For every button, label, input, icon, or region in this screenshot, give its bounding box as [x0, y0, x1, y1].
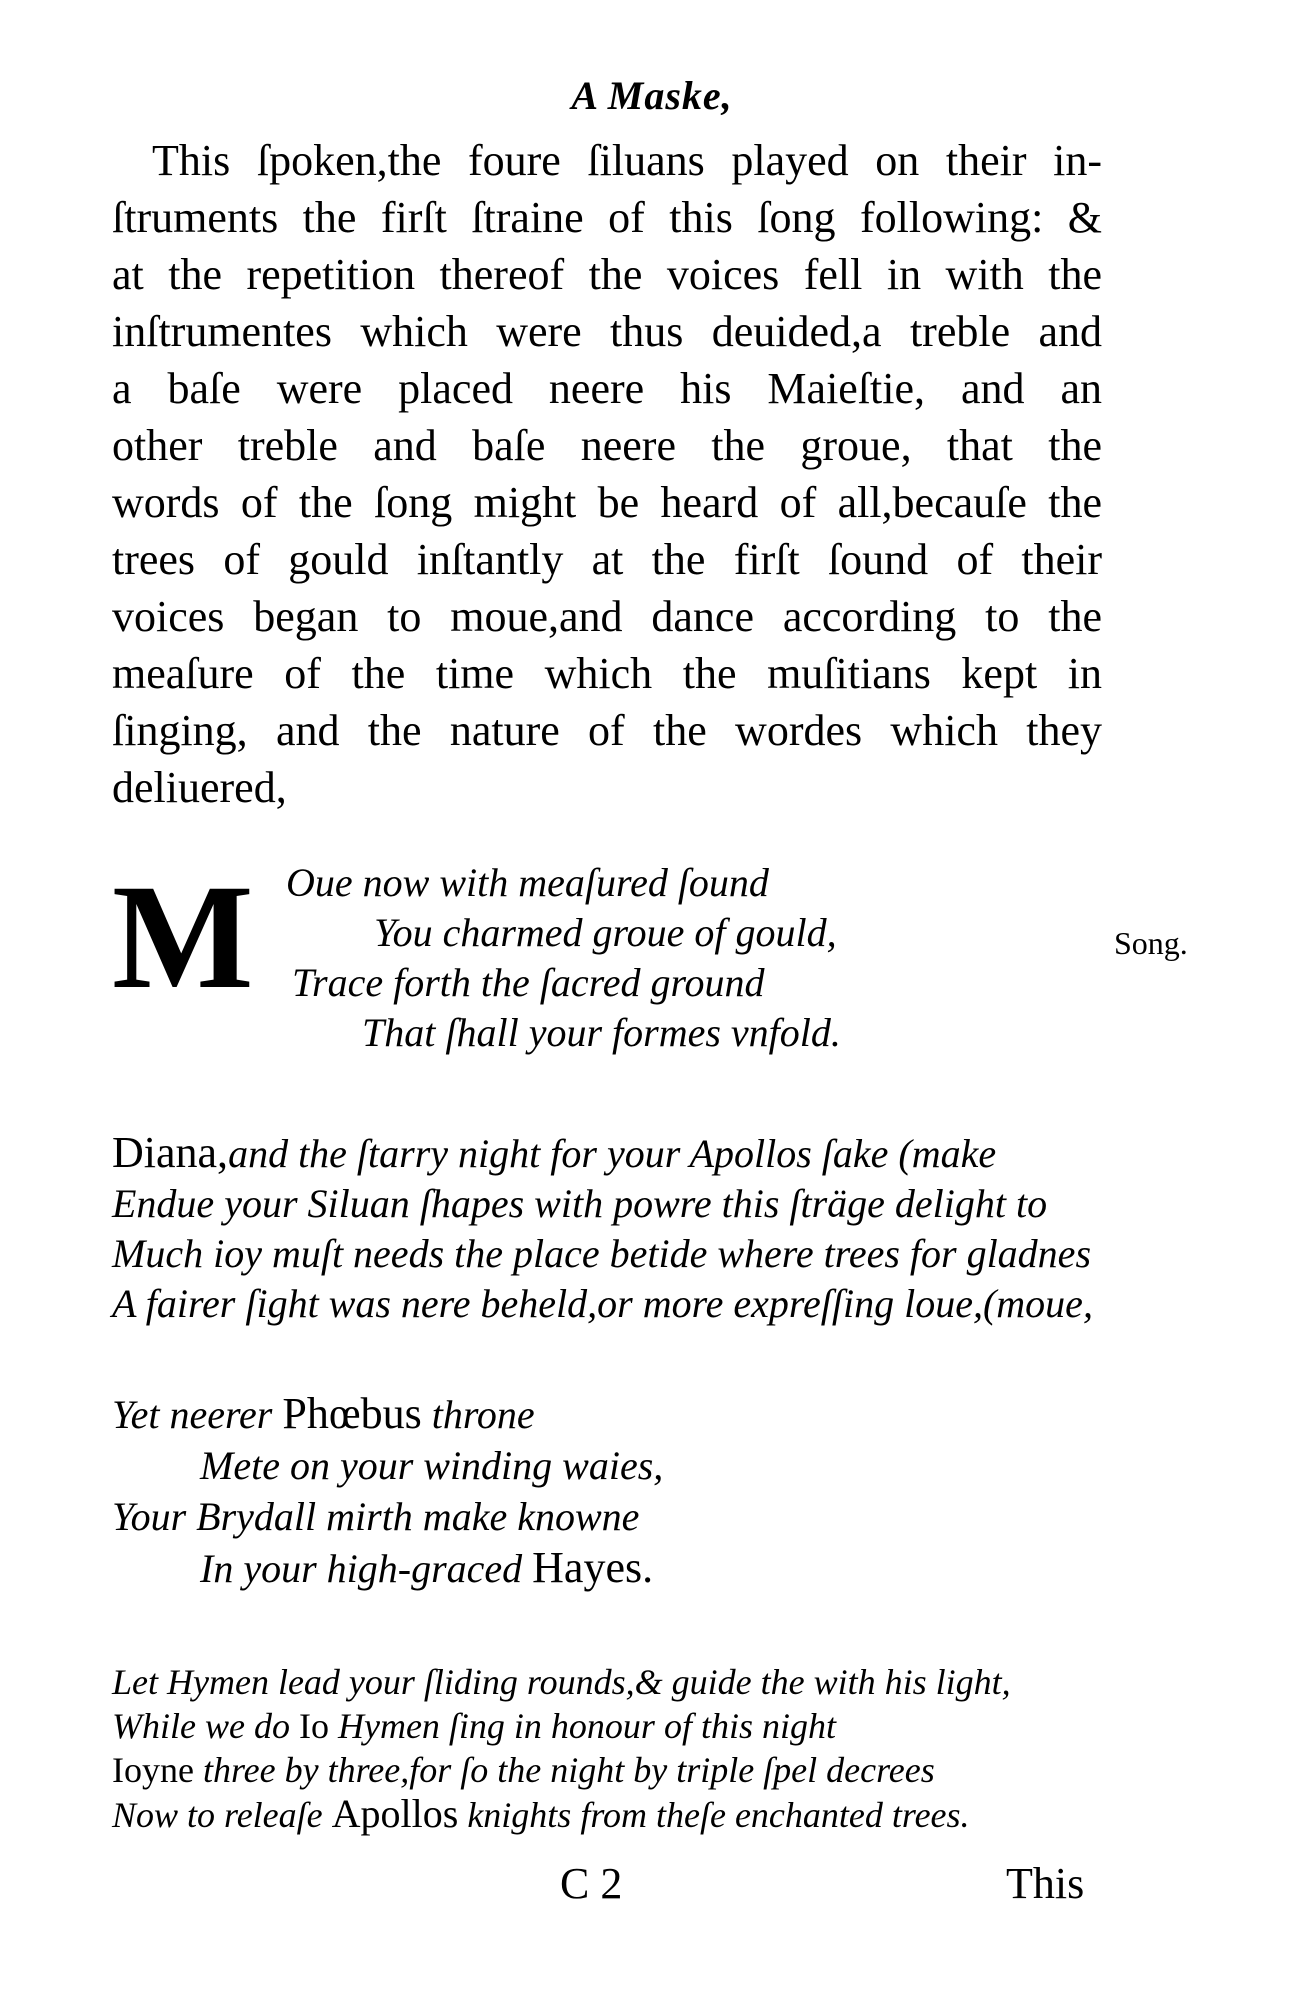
italic-text: While we do — [112, 1706, 299, 1746]
verse-line: A fairer ſight was nere beheld,or more e… — [112, 1279, 1093, 1329]
roman-word: Diana, — [112, 1128, 228, 1177]
paragraph-line: words of the ſong might be heard of all,… — [112, 474, 1102, 531]
running-head: A Maske, — [0, 72, 1304, 119]
song-stanza-1: Oue now with meaſured ſound You charmed … — [112, 858, 1012, 1058]
paragraph-line: deliuered, — [112, 759, 1102, 816]
verse-line: Now to releaſe Apollos knights from theſ… — [112, 1792, 1011, 1837]
italic-text: three by three,for ſo the night by tripl… — [194, 1750, 935, 1790]
paragraph-line: a baſe were placed neere his Maieſtie, a… — [112, 360, 1102, 417]
verse-line: Mete on your winding waies, — [112, 1440, 663, 1491]
verse-line: That ſhall your formes vnfold. — [112, 1008, 1012, 1058]
italic-text: Hymen ſing in honour of this night — [329, 1706, 836, 1746]
paragraph-line: trees of gould inſtantly at the firſt ſo… — [112, 531, 1102, 588]
italic-text: and the ſtarry night for your Apollos ſa… — [228, 1131, 996, 1176]
intro-paragraph: This ſpoken,the foure ſiluans played on … — [112, 132, 1102, 816]
paragraph-line: ſtruments the firſt ſtraine of this ſong… — [112, 189, 1102, 246]
catchword: This — [1006, 1858, 1084, 1909]
signature-mark: C 2 — [560, 1858, 622, 1909]
verse-line: Let Hymen lead your ſliding rounds,& gui… — [112, 1660, 1011, 1704]
paragraph-line: meaſure of the time which the muſitians … — [112, 645, 1102, 702]
roman-word: Hayes. — [532, 1543, 653, 1592]
verse-line: Diana,and the ſtarry night for your Apol… — [112, 1128, 1093, 1179]
verse-line: Much ioy muſt needs the place betide whe… — [112, 1229, 1093, 1279]
roman-word: Apollos — [332, 1791, 459, 1836]
verse-line: Trace forth the ſacred ground — [112, 958, 1012, 1008]
roman-word: Ioyne — [112, 1750, 194, 1790]
italic-text: Now to releaſe — [112, 1795, 332, 1835]
verse-line: You charmed groue of gould, — [112, 908, 1012, 958]
verse-line: Yet neerer Phœbus throne — [112, 1388, 663, 1440]
italic-text: throne — [422, 1392, 535, 1437]
paragraph-line: ſinging, and the nature of the wordes wh… — [112, 702, 1102, 759]
verse-line: Oue now with meaſured ſound — [112, 858, 1012, 908]
verse-line: While we do Io Hymen ſing in honour of t… — [112, 1704, 1011, 1748]
stanza-diana: Diana,and the ſtarry night for your Apol… — [112, 1128, 1093, 1329]
paragraph-line: at the repetition thereof the voices fel… — [112, 246, 1102, 303]
margin-note: Song. — [1114, 925, 1188, 962]
italic-text: Yet neerer — [112, 1392, 282, 1437]
stanza-phoebus: Yet neerer Phœbus throne Mete on your wi… — [112, 1388, 663, 1594]
verse-line: Ioyne three by three,for ſo the night by… — [112, 1748, 1011, 1792]
paragraph-line: This ſpoken,the foure ſiluans played on … — [112, 132, 1102, 189]
verse-line: Endue your Siluan ſhapes with powre this… — [112, 1179, 1093, 1229]
paragraph-line: other treble and baſe neere the groue, t… — [112, 417, 1102, 474]
book-page: A Maske, This ſpoken,the foure ſiluans p… — [0, 0, 1304, 2009]
verse-line: In your high-graced Hayes. — [112, 1542, 663, 1594]
paragraph-line: voices began to moue,and dance according… — [112, 588, 1102, 645]
roman-word: Io — [299, 1706, 329, 1746]
stanza-hymen: Let Hymen lead your ſliding rounds,& gui… — [112, 1660, 1011, 1837]
paragraph-line: inſtrumentes which were thus deuided,a t… — [112, 303, 1102, 360]
verse-line: Your Brydall mirth make knowne — [112, 1491, 663, 1542]
roman-word: Phœbus — [282, 1389, 421, 1438]
italic-text: knights from theſe enchanted trees. — [458, 1795, 969, 1835]
italic-text: In your high-graced — [200, 1546, 532, 1591]
